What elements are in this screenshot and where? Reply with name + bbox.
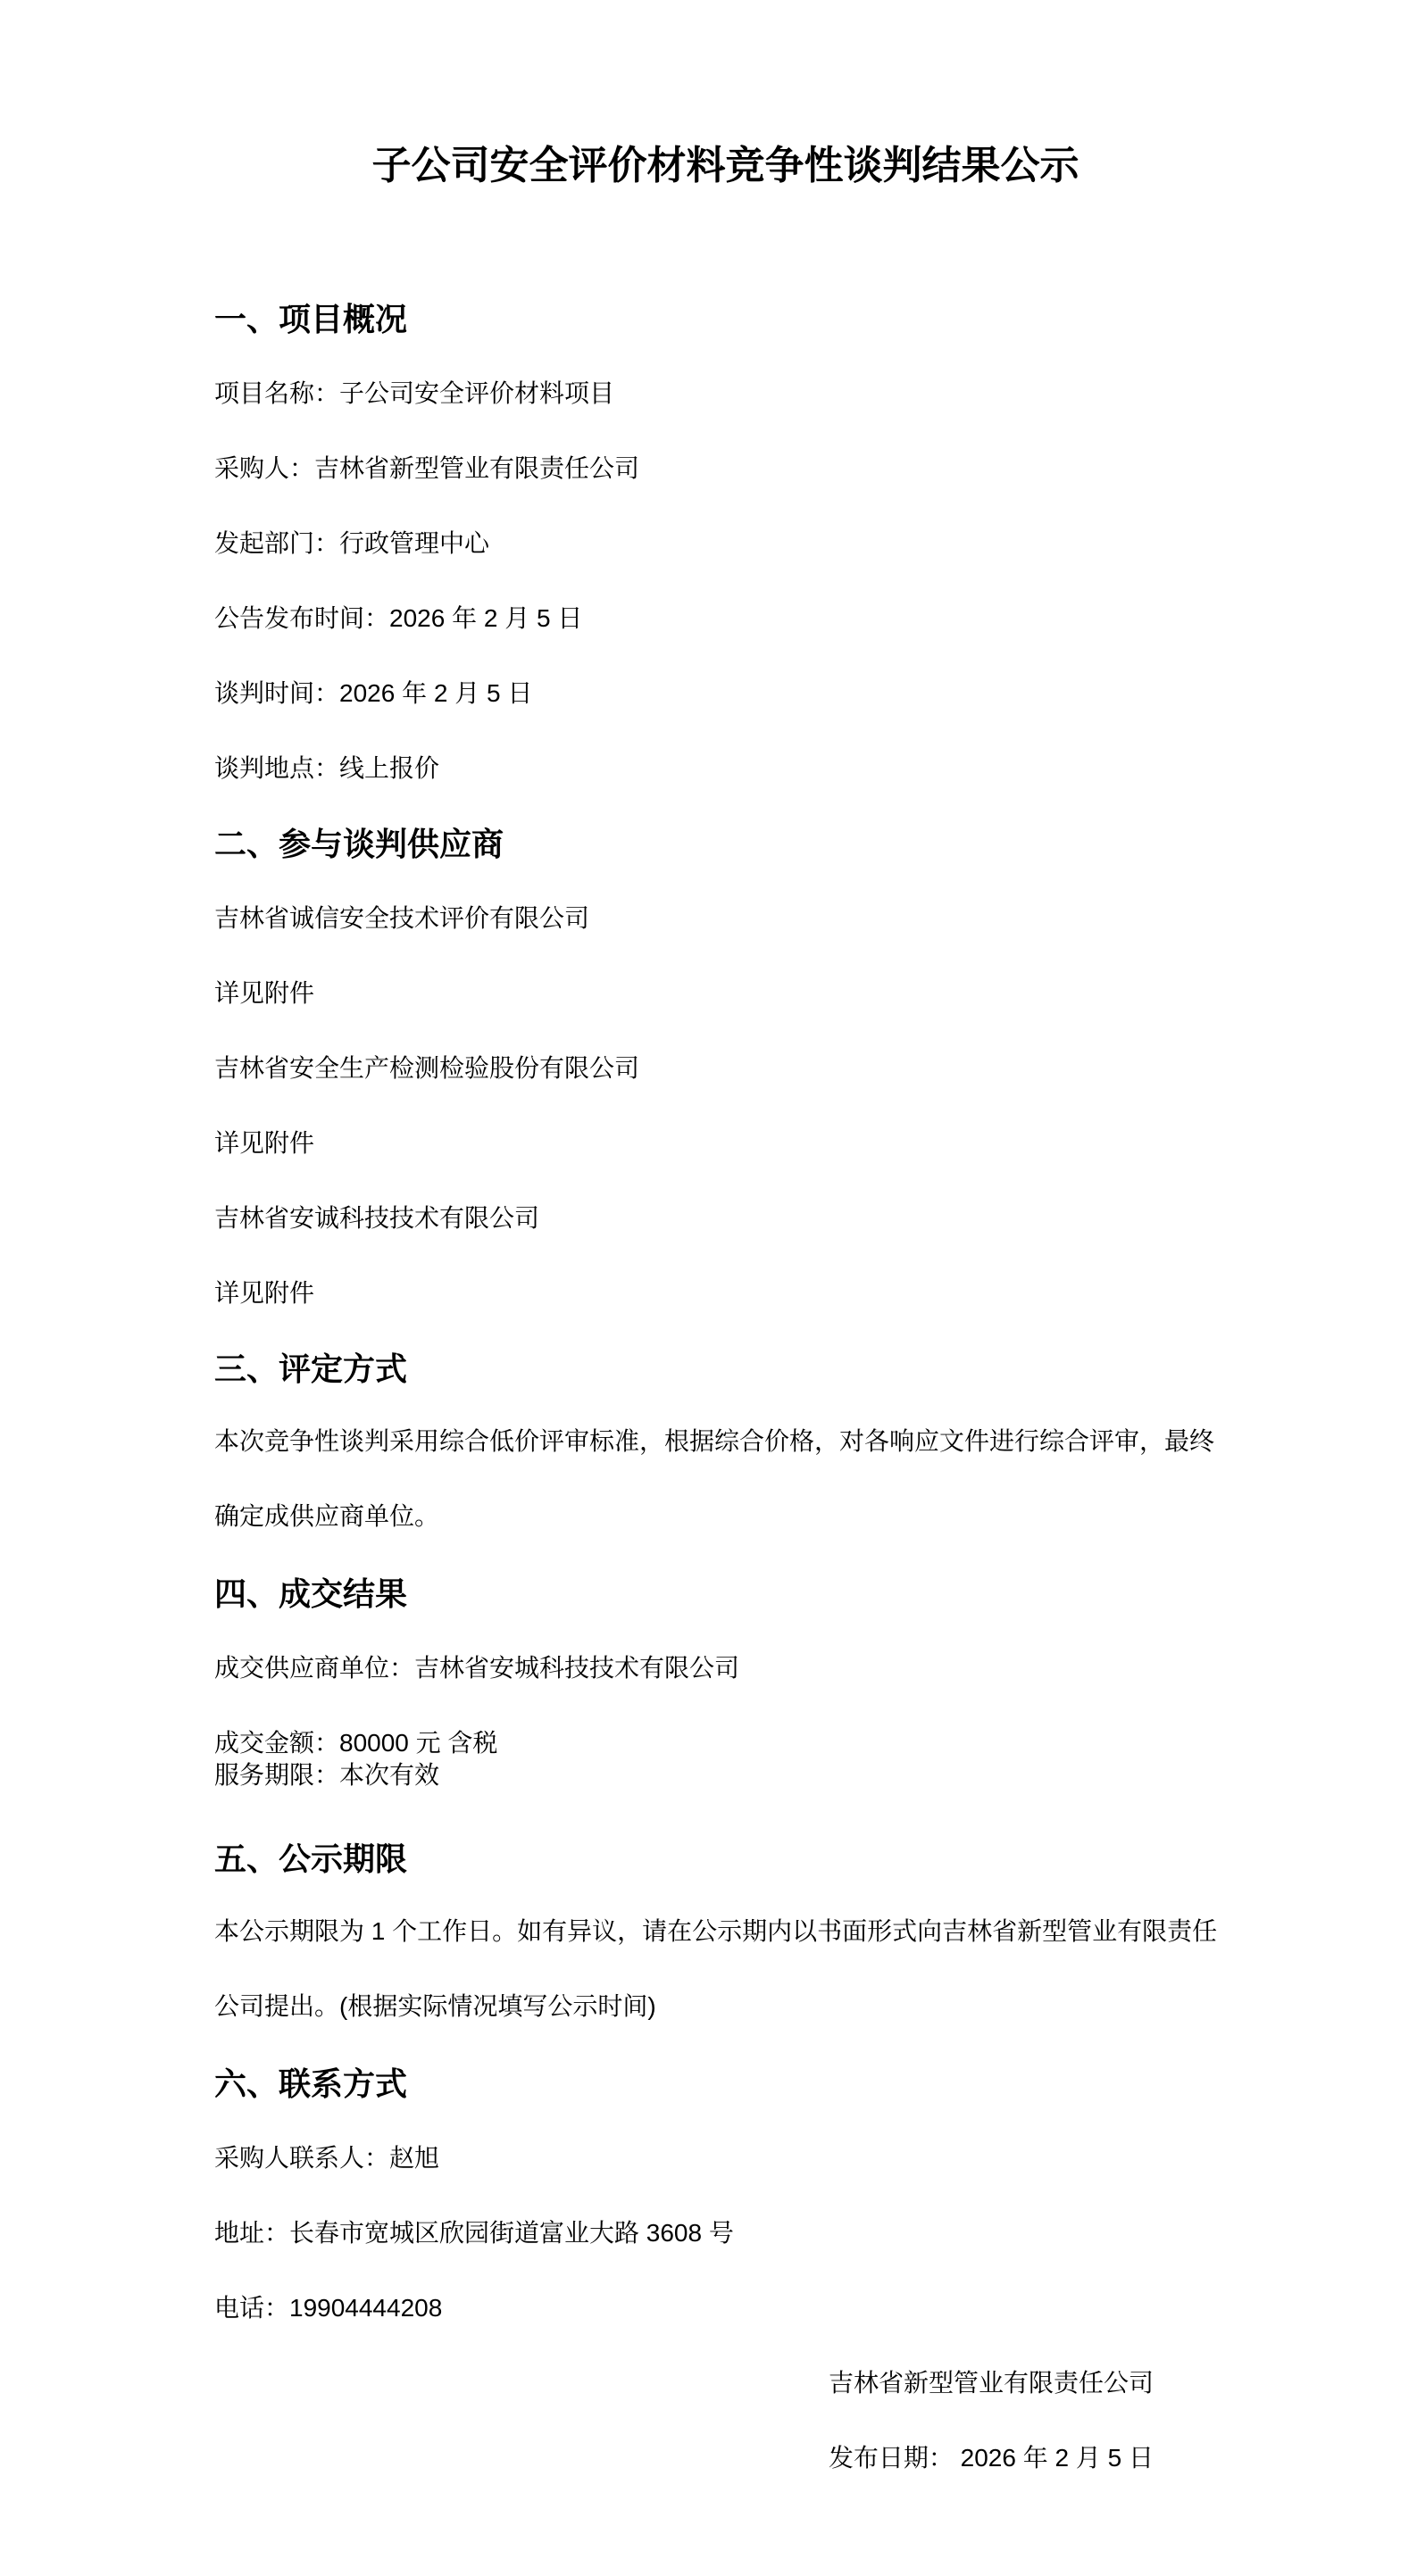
field-address: 地址：长春市宽城区欣园街道富业大路 3608 号 — [214, 2194, 1237, 2269]
supplier-3-attachment-note: 详见附件 — [214, 1254, 1237, 1329]
supplier-1-attachment-note: 详见附件 — [214, 954, 1237, 1029]
field-contact-person: 采购人联系人：赵旭 — [214, 2119, 1237, 2194]
deal-amount-term-block: 成交金额：80000 元 含税 服务期限：本次有效 — [214, 1704, 1237, 1819]
field-winning-supplier: 成交供应商单位：吉林省安城科技技术有限公司 — [214, 1629, 1237, 1704]
footer-publish-date: 发布日期： 2026 年 2 月 5 日 — [214, 2419, 1237, 2494]
field-initiating-department: 发起部门：行政管理中心 — [214, 504, 1237, 579]
supplier-2-name: 吉林省安全生产检测检验股份有限公司 — [214, 1029, 1237, 1104]
field-purchaser: 采购人：吉林省新型管业有限责任公司 — [214, 429, 1237, 504]
supplier-3-name: 吉林省安诚科技技术有限公司 — [214, 1179, 1237, 1254]
announcement-document: 子公司安全评价材料竞争性谈判结果公示 一、项目概况 项目名称：子公司安全评价材料… — [0, 0, 1417, 2576]
field-announcement-date: 公告发布时间：2026 年 2 月 5 日 — [214, 579, 1237, 654]
field-service-term: 服务期限：本次有效 — [214, 1759, 1237, 1791]
field-negotiation-place: 谈判地点：线上报价 — [214, 729, 1237, 804]
supplier-2-attachment-note: 详见附件 — [214, 1104, 1237, 1179]
section-2-heading: 二、参与谈判供应商 — [214, 804, 1237, 879]
section-5-heading: 五、公示期限 — [214, 1819, 1237, 1894]
section-4-heading: 四、成交结果 — [214, 1554, 1237, 1629]
evaluation-method-paragraph: 本次竞争性谈判采用综合低价评审标准，根据综合价格，对各响应文件进行综合评审，最终… — [214, 1404, 1237, 1554]
document-title: 子公司安全评价材料竞争性谈判结果公示 — [214, 124, 1237, 199]
publicity-period-paragraph: 本公示期限为 1 个工作日。如有异议，请在公示期内以书面形式向吉林省新型管业有限… — [214, 1894, 1237, 2044]
supplier-1-name: 吉林省诚信安全技术评价有限公司 — [214, 879, 1237, 954]
field-project-name: 项目名称：子公司安全评价材料项目 — [214, 354, 1237, 429]
field-negotiation-time: 谈判时间：2026 年 2 月 5 日 — [214, 654, 1237, 729]
section-6-heading: 六、联系方式 — [214, 2044, 1237, 2119]
field-deal-amount: 成交金额：80000 元 含税 — [214, 1727, 1237, 1759]
field-phone: 电话：19904444208 — [214, 2269, 1237, 2344]
footer-company: 吉林省新型管业有限责任公司 — [214, 2344, 1237, 2419]
section-3-heading: 三、评定方式 — [214, 1329, 1237, 1404]
section-1-heading: 一、项目概况 — [214, 279, 1237, 354]
